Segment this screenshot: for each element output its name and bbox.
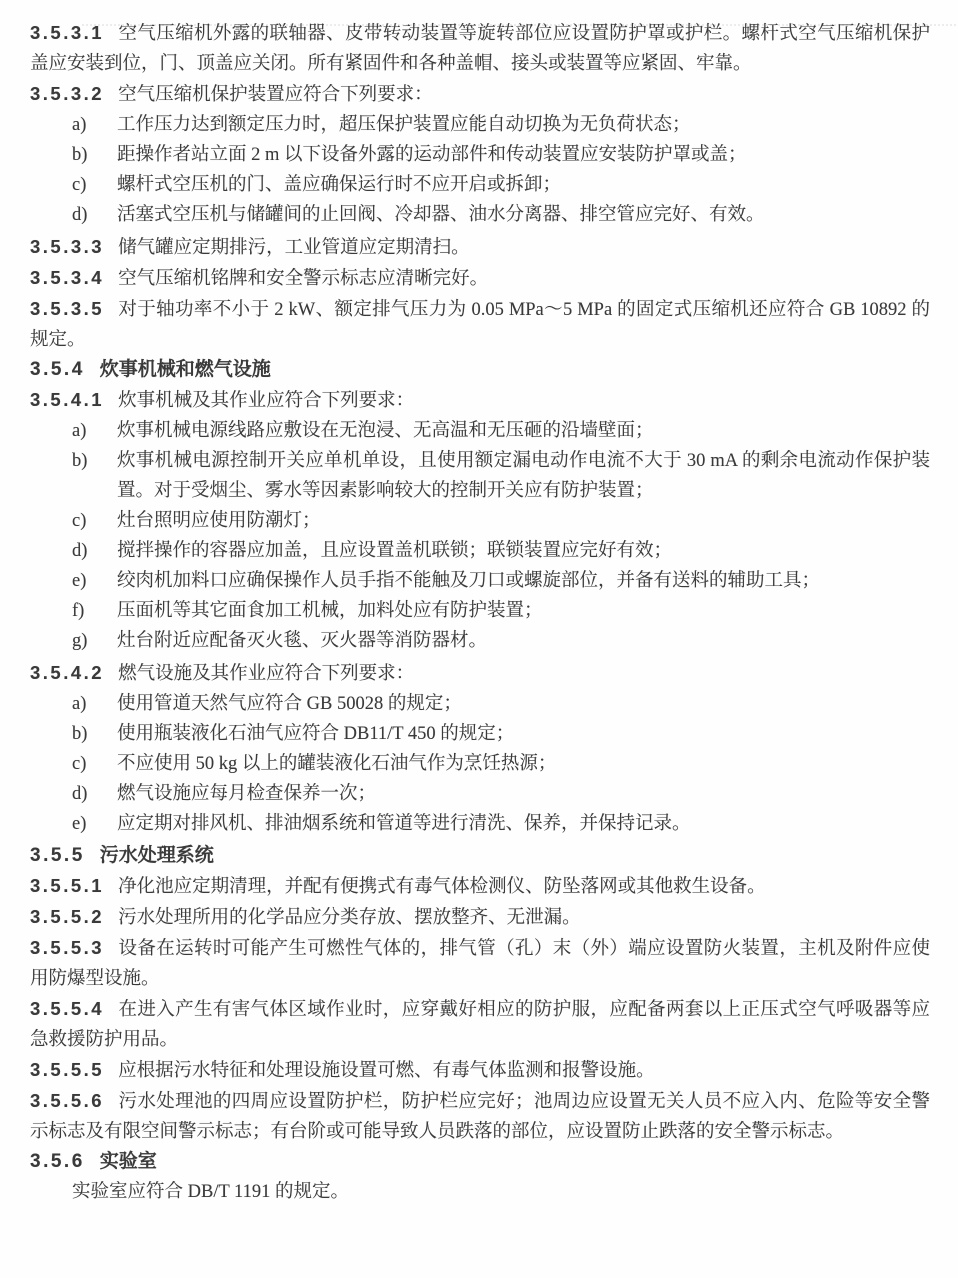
section-heading: 3.5.6实验室 <box>30 1147 930 1177</box>
list-item: d)活塞式空压机与储罐间的止回阀、冷却器、油水分离器、排空管应完好、有效。 <box>30 200 930 230</box>
section-heading: 3.5.4炊事机械和燃气设施 <box>30 355 930 385</box>
clause: 3.5.5.5应根据污水特征和处理设施设置可燃、有毒气体监测和报警设施。 <box>30 1055 930 1086</box>
list-item: g)灶台附近应配备灭火毯、灭火器等消防器材。 <box>30 626 930 656</box>
item-text: 搅拌操作的容器应加盖，且应设置盖机联锁；联锁装置应完好有效； <box>117 536 930 566</box>
list-item: d)搅拌操作的容器应加盖，且应设置盖机联锁；联锁装置应完好有效； <box>30 536 930 566</box>
clause-text: 污水处理池的四周应设置防护栏，防护栏应完好；池周边应设置无关人员不应入内、危险等… <box>30 1092 930 1142</box>
item-text: 使用管道天然气应符合 GB 50028 的规定； <box>117 689 930 719</box>
item-text: 螺杆式空压机的门、盖应确保运行时不应开启或拆卸； <box>117 170 930 200</box>
clause: 3.5.3.1空气压缩机外露的联轴器、皮带转动装置等旋转部位应设置防护罩或护栏。… <box>30 18 930 79</box>
section-number: 3.5.4 <box>30 359 85 380</box>
clause: 3.5.5.6污水处理池的四周应设置防护栏，防护栏应完好；池周边应设置无关人员不… <box>30 1086 930 1147</box>
section-number: 3.5.6 <box>30 1151 85 1172</box>
item-letter: b) <box>72 446 117 506</box>
list-item: f)压面机等其它面食加工机械，加料处应有防护装置； <box>30 596 930 626</box>
clause-text: 炊事机械及其作业应符合下列要求： <box>118 391 414 411</box>
list-item: b)距操作者站立面 2 m 以下设备外露的运动部件和传动装置应安装防护罩或盖； <box>30 140 930 170</box>
item-letter: d) <box>72 200 117 230</box>
document-page: 3.5.3.1空气压缩机外露的联轴器、皮带转动装置等旋转部位应设置防护罩或护栏。… <box>0 0 958 1278</box>
list-item: d)燃气设施应每月检查保养一次； <box>30 779 930 809</box>
item-text: 燃气设施应每月检查保养一次； <box>117 779 930 809</box>
clause-text: 污水处理所用的化学品应分类存放、摆放整齐、无泄漏。 <box>118 908 581 928</box>
item-letter: b) <box>72 140 117 170</box>
list-item: e)应定期对排风机、排油烟系统和管道等进行清洗、保养，并保持记录。 <box>30 809 930 839</box>
list-item: a)使用管道天然气应符合 GB 50028 的规定； <box>30 689 930 719</box>
paragraph: 实验室应符合 DB/T 1191 的规定。 <box>30 1177 930 1207</box>
list-item: c)螺杆式空压机的门、盖应确保运行时不应开启或拆卸； <box>30 170 930 200</box>
clause-text: 设备在运转时可能产生可燃性气体的，排气管（孔）末（外）端应设置防火装置，主机及附… <box>30 939 930 989</box>
section-heading: 3.5.5污水处理系统 <box>30 841 930 871</box>
clause: 3.5.5.2污水处理所用的化学品应分类存放、摆放整齐、无泄漏。 <box>30 902 930 933</box>
clause-text: 对于轴功率不小于 2 kW、额定排气压力为 0.05 MPa～5 MPa 的固定… <box>30 300 930 350</box>
clause-number: 3.5.5.2 <box>30 906 104 927</box>
section-title: 实验室 <box>100 1151 157 1172</box>
clause-number: 3.5.5.5 <box>30 1059 104 1080</box>
clause-number: 3.5.5.3 <box>30 937 104 958</box>
clause-number: 3.5.3.2 <box>30 83 104 104</box>
item-text: 不应使用 50 kg 以上的罐装液化石油气作为烹饪热源； <box>117 749 930 779</box>
clause-text: 净化池应定期清理，并配有便携式有毒气体检测仪、防坠落网或其他救生设备。 <box>118 877 766 897</box>
clause-number: 3.5.5.1 <box>30 875 104 896</box>
item-text: 灶台附近应配备灭火毯、灭火器等消防器材。 <box>117 626 930 656</box>
clause-text: 在进入产生有害气体区域作业时，应穿戴好相应的防护服，应配备两套以上正压式空气呼吸… <box>30 1000 930 1050</box>
list-item: c)不应使用 50 kg 以上的罐装液化石油气作为烹饪热源； <box>30 749 930 779</box>
item-letter: f) <box>72 596 117 626</box>
item-letter: a) <box>72 110 117 140</box>
item-text: 绞肉机加料口应确保操作人员手指不能触及刀口或螺旋部位，并备有送料的辅助工具； <box>117 566 930 596</box>
item-letter: e) <box>72 809 117 839</box>
paragraph-text: 实验室应符合 DB/T 1191 的规定。 <box>72 1182 349 1202</box>
item-letter: d) <box>72 536 117 566</box>
clause: 3.5.4.1炊事机械及其作业应符合下列要求： <box>30 385 930 416</box>
clause-text: 储气罐应定期排污，工业管道应定期清扫。 <box>118 238 470 258</box>
clause: 3.5.3.2空气压缩机保护装置应符合下列要求： <box>30 79 930 110</box>
clause-number: 3.5.3.3 <box>30 236 104 257</box>
clause: 3.5.5.4在进入产生有害气体区域作业时，应穿戴好相应的防护服，应配备两套以上… <box>30 994 930 1055</box>
clause-number: 3.5.5.4 <box>30 998 104 1019</box>
list-item: c)灶台照明应使用防潮灯； <box>30 506 930 536</box>
list-item: b)使用瓶装液化石油气应符合 DB11/T 450 的规定； <box>30 719 930 749</box>
item-letter: d) <box>72 779 117 809</box>
clause-number: 3.5.4.1 <box>30 389 104 410</box>
list-item: b)炊事机械电源控制开关应单机单设，且使用额定漏电动作电流不大于 30 mA 的… <box>30 446 930 506</box>
item-letter: c) <box>72 170 117 200</box>
clause: 3.5.4.2燃气设施及其作业应符合下列要求： <box>30 658 930 689</box>
section-title: 污水处理系统 <box>100 845 214 866</box>
list-item: a)炊事机械电源线路应敷设在无泡浸、无高温和无压砸的沿墙壁面； <box>30 416 930 446</box>
item-text: 活塞式空压机与储罐间的止回阀、冷却器、油水分离器、排空管应完好、有效。 <box>117 200 930 230</box>
item-letter: c) <box>72 506 117 536</box>
clause-number: 3.5.3.5 <box>30 298 104 319</box>
clause-text: 燃气设施及其作业应符合下列要求： <box>118 664 414 684</box>
item-text: 炊事机械电源线路应敷设在无泡浸、无高温和无压砸的沿墙壁面； <box>117 416 930 446</box>
item-letter: e) <box>72 566 117 596</box>
clause-text: 应根据污水特征和处理设施设置可燃、有毒气体监测和报警设施。 <box>118 1061 655 1081</box>
clause: 3.5.3.3储气罐应定期排污，工业管道应定期清扫。 <box>30 232 930 263</box>
clause-number: 3.5.4.2 <box>30 662 104 683</box>
clause-text: 空气压缩机保护装置应符合下列要求： <box>118 85 433 105</box>
section-number: 3.5.5 <box>30 845 85 866</box>
item-letter: a) <box>72 689 117 719</box>
item-text: 压面机等其它面食加工机械，加料处应有防护装置； <box>117 596 930 626</box>
clause-number: 3.5.3.1 <box>30 22 104 43</box>
item-text: 灶台照明应使用防潮灯； <box>117 506 930 536</box>
clause: 3.5.3.4空气压缩机铭牌和安全警示标志应清晰完好。 <box>30 263 930 294</box>
clause-number: 3.5.3.4 <box>30 267 104 288</box>
clause-number: 3.5.5.6 <box>30 1090 104 1111</box>
section-title: 炊事机械和燃气设施 <box>100 359 271 380</box>
lettered-list: a)炊事机械电源线路应敷设在无泡浸、无高温和无压砸的沿墙壁面；b)炊事机械电源控… <box>30 416 930 656</box>
item-letter: c) <box>72 749 117 779</box>
item-text: 工作压力达到额定压力时，超压保护装置应能自动切换为无负荷状态； <box>117 110 930 140</box>
document-body: 3.5.3.1空气压缩机外露的联轴器、皮带转动装置等旋转部位应设置防护罩或护栏。… <box>0 0 958 1207</box>
lettered-list: a)使用管道天然气应符合 GB 50028 的规定；b)使用瓶装液化石油气应符合… <box>30 689 930 839</box>
item-letter: b) <box>72 719 117 749</box>
list-item: e)绞肉机加料口应确保操作人员手指不能触及刀口或螺旋部位，并备有送料的辅助工具； <box>30 566 930 596</box>
item-letter: g) <box>72 626 117 656</box>
item-text: 距操作者站立面 2 m 以下设备外露的运动部件和传动装置应安装防护罩或盖； <box>117 140 930 170</box>
clause: 3.5.3.5对于轴功率不小于 2 kW、额定排气压力为 0.05 MPa～5 … <box>30 294 930 355</box>
list-item: a)工作压力达到额定压力时，超压保护装置应能自动切换为无负荷状态； <box>30 110 930 140</box>
item-text: 应定期对排风机、排油烟系统和管道等进行清洗、保养，并保持记录。 <box>117 809 930 839</box>
lettered-list: a)工作压力达到额定压力时，超压保护装置应能自动切换为无负荷状态；b)距操作者站… <box>30 110 930 230</box>
clause: 3.5.5.3设备在运转时可能产生可燃性气体的，排气管（孔）末（外）端应设置防火… <box>30 933 930 994</box>
clause-text: 空气压缩机外露的联轴器、皮带转动装置等旋转部位应设置防护罩或护栏。螺杆式空气压缩… <box>30 24 930 74</box>
page: { "page": { "background": "#ffffff", "te… <box>0 0 958 1278</box>
item-text: 炊事机械电源控制开关应单机单设，且使用额定漏电动作电流不大于 30 mA 的剩余… <box>117 446 930 506</box>
clause-text: 空气压缩机铭牌和安全警示标志应清晰完好。 <box>118 269 488 289</box>
item-letter: a) <box>72 416 117 446</box>
item-text: 使用瓶装液化石油气应符合 DB11/T 450 的规定； <box>117 719 930 749</box>
clause: 3.5.5.1净化池应定期清理，并配有便携式有毒气体检测仪、防坠落网或其他救生设… <box>30 871 930 902</box>
